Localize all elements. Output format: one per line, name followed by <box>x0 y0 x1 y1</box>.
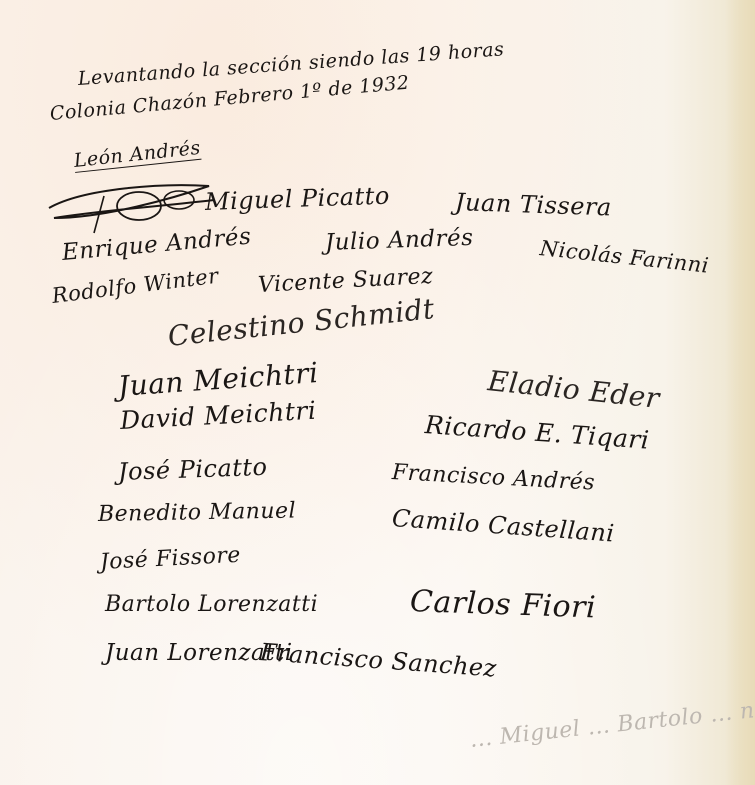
signature-juan-tissera: Juan Tissera <box>455 188 613 221</box>
signature-vicente-suarez: Vicente Suarez <box>257 264 433 298</box>
signature-eladio-eder: Eladio Eder <box>486 364 661 415</box>
signature-nicolas-farinni: Nicolás Farinni <box>539 236 710 278</box>
signature-francisco-andres: Francisco Andrés <box>391 460 595 496</box>
signature-julio-andres: Julio Andrés <box>325 225 474 256</box>
signature-carlos-fiori: Carlos Fiori <box>409 584 596 625</box>
signature-camilo-castellani: Camilo Castellani <box>391 504 615 547</box>
signature-benedito-manuel: Benedito Manuel <box>98 499 297 527</box>
signature-francisco-sanchez: Francisco Sanchez <box>259 638 498 682</box>
book-spine-shadow <box>725 0 755 785</box>
signature-bartolo-lorenzatti: Bartolo Lorenzatti <box>105 592 318 617</box>
signature-jose-fissore: José Fissore <box>99 543 241 575</box>
signature-rodolfo-winter: Rodolfo Winter <box>51 264 220 308</box>
signature-david-meichtri: David Meichtri <box>119 396 317 435</box>
bleed-through-text: ... Miguel ... Bartolo ... nuestra ... <box>469 687 755 753</box>
document-page: Levantando la sección siendo las 19 hora… <box>0 0 755 785</box>
signature-celestino-schmidt: Celestino Schmidt <box>166 292 436 353</box>
signature-jose-picatto: José Picatto <box>118 453 268 486</box>
signature-juan-meichtri: Juan Meichtri <box>117 356 320 403</box>
signature-miguel-picatto: Miguel Picatto <box>205 182 391 216</box>
signature-ricardo-tiqari: Ricardo E. Tiqari <box>424 410 650 455</box>
signatory-leon-andres: León Andrés <box>73 137 202 173</box>
